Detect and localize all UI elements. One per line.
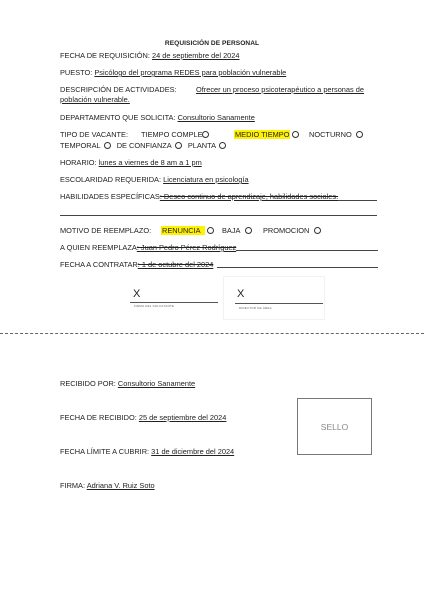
field-value: Consultorio Sanamente <box>178 113 255 122</box>
field-label: HABILIDADES ESPECÍFICAS <box>60 192 160 201</box>
field-value: Licenciatura en psicología <box>163 175 248 184</box>
tipo-vacante-row2: TEMPORAL DE CONFIANZA PLANTA <box>60 141 228 150</box>
option-baja[interactable]: BAJA <box>222 226 254 235</box>
option-renuncia[interactable]: RENUNCIA <box>161 226 216 235</box>
field-label: FIRMA: <box>60 481 87 490</box>
signature-line-solicitante[interactable] <box>130 302 218 303</box>
field-value: : 1 de octubre del 2024 <box>138 260 214 269</box>
radio-icon[interactable] <box>219 142 226 149</box>
field-value: : Juan Pedro Pérez Rodríguez <box>137 243 236 252</box>
radio-icon[interactable] <box>104 142 111 149</box>
field-value: 31 de diciembre del 2024 <box>151 447 234 456</box>
field-value-line2: población vulnerable. <box>60 95 130 104</box>
option-tiempo-completo[interactable]: TIEMPO COMPLE <box>141 130 211 139</box>
radio-icon[interactable] <box>207 227 214 234</box>
field-motivo-reemplazo: MOTIVO DE REEMPLAZO: <box>60 226 151 235</box>
field-escolaridad: ESCOLARIDAD REQUERIDA: Licenciatura en p… <box>60 175 249 184</box>
field-label: PUESTO: <box>60 68 94 77</box>
fill-line <box>338 200 377 201</box>
document-title: REQUISICIÓN DE PERSONAL <box>0 40 424 47</box>
fill-line <box>236 250 378 251</box>
field-descripcion: DESCRIPCIÓN DE ACTIVIDADES: Ofrecer un p… <box>60 85 364 104</box>
field-firma: FIRMA: Adriana V. Ruiz Soto <box>60 481 155 490</box>
option-nocturno[interactable]: NOCTURNO <box>309 130 365 139</box>
field-value: lunes a viernes de 8 am a 1 pm <box>99 158 202 167</box>
field-recibido-por: RECIBIDO POR: Consultorio Sanamente <box>60 379 195 388</box>
cut-line-divider <box>0 333 424 334</box>
option-label: TEMPORAL <box>60 141 101 150</box>
field-fecha-limite: FECHA LÍMITE A CUBRIR: 31 de diciembre d… <box>60 447 234 456</box>
signature-line-director[interactable] <box>235 303 323 304</box>
field-label: FECHA A CONTRATAR <box>60 260 138 269</box>
field-label: A QUIEN REEMPLAZA <box>60 243 137 252</box>
field-horario: HORARIO: lunes a viernes de 8 am a 1 pm <box>60 158 202 167</box>
field-label: DEPARTAMENTO QUE SOLICITA: <box>60 113 178 122</box>
option-promocion[interactable]: PROMOCION <box>263 226 323 235</box>
option-label: BAJA <box>222 226 240 235</box>
field-fecha-requisicion: FECHA DE REQUISICIÓN: 24 de septiembre d… <box>60 51 240 60</box>
signature-caption-solicitante: FIRMA DEL SOLICITANTE <box>134 304 174 308</box>
option-label: DE CONFIANZA <box>117 141 172 150</box>
signature-caption-director: DIRECTOR DE ÁREA <box>239 306 272 310</box>
field-label: FECHA DE REQUISICIÓN: <box>60 51 152 60</box>
radio-icon[interactable] <box>356 131 363 138</box>
field-value: 25 de septiembre del 2024 <box>139 413 227 422</box>
field-label: FECHA DE RECIBIDO: <box>60 413 139 422</box>
field-value: Consultorio Sanamente <box>118 379 195 388</box>
radio-icon[interactable] <box>292 131 299 138</box>
field-value: 24 de septiembre del 2024 <box>152 51 240 60</box>
fill-line <box>217 267 378 268</box>
signature-mark-solicitante: X <box>133 288 140 300</box>
radio-icon[interactable] <box>245 227 252 234</box>
option-label: PROMOCION <box>263 226 309 235</box>
field-a-quien-reemplaza: A QUIEN REEMPLAZA: Juan Pedro Pérez Rodr… <box>60 243 236 252</box>
option-label: MEDIO TIEMPO <box>234 130 290 139</box>
signature-mark-director: X <box>237 288 244 300</box>
stamp-label: SELLO <box>321 422 348 432</box>
field-departamento: DEPARTAMENTO QUE SOLICITA: Consultorio S… <box>60 113 255 122</box>
field-tipo-vacante: TIPO DE VACANTE: <box>60 130 128 139</box>
field-puesto: PUESTO: Psicólogo del programa REDES par… <box>60 68 286 77</box>
stamp-box: SELLO <box>297 398 372 455</box>
field-value: : Deseo continuo de aprendizaje, habilid… <box>160 192 338 201</box>
field-value-line1: Ofrecer un proceso psicoterapéutico a pe… <box>196 85 364 94</box>
field-label: FECHA LÍMITE A CUBRIR: <box>60 447 151 456</box>
field-fecha-recibido: FECHA DE RECIBIDO: 25 de septiembre del … <box>60 413 226 422</box>
option-planta[interactable]: PLANTA <box>188 141 228 150</box>
field-value: Adriana V. Ruiz Soto <box>87 481 155 490</box>
field-label: ESCOLARIDAD REQUERIDA: <box>60 175 163 184</box>
field-label: RECIBIDO POR: <box>60 379 118 388</box>
field-label: TIPO DE VACANTE: <box>60 130 128 139</box>
option-label: PLANTA <box>188 141 216 150</box>
option-label: TIEMPO COMPLE <box>141 130 203 139</box>
radio-icon[interactable] <box>175 142 182 149</box>
field-label: MOTIVO DE REEMPLAZO: <box>60 226 151 235</box>
option-label: RENUNCIA <box>161 226 205 235</box>
field-fecha-contratar: FECHA A CONTRATAR: 1 de octubre del 2024 <box>60 260 213 269</box>
fill-line <box>60 215 377 216</box>
radio-icon[interactable] <box>202 131 209 138</box>
option-de-confianza[interactable]: DE CONFIANZA <box>117 141 186 150</box>
option-temporal[interactable]: TEMPORAL <box>60 141 115 150</box>
field-label: HORARIO: <box>60 158 99 167</box>
field-label: DESCRIPCIÓN DE ACTIVIDADES: <box>60 85 177 94</box>
option-medio-tiempo[interactable]: MEDIO TIEMPO <box>234 130 301 139</box>
field-value: Psicólogo del programa REDES para poblac… <box>94 68 286 77</box>
field-habilidades: HABILIDADES ESPECÍFICAS: Deseo continuo … <box>60 192 338 201</box>
option-label: NOCTURNO <box>309 130 352 139</box>
radio-icon[interactable] <box>314 227 321 234</box>
